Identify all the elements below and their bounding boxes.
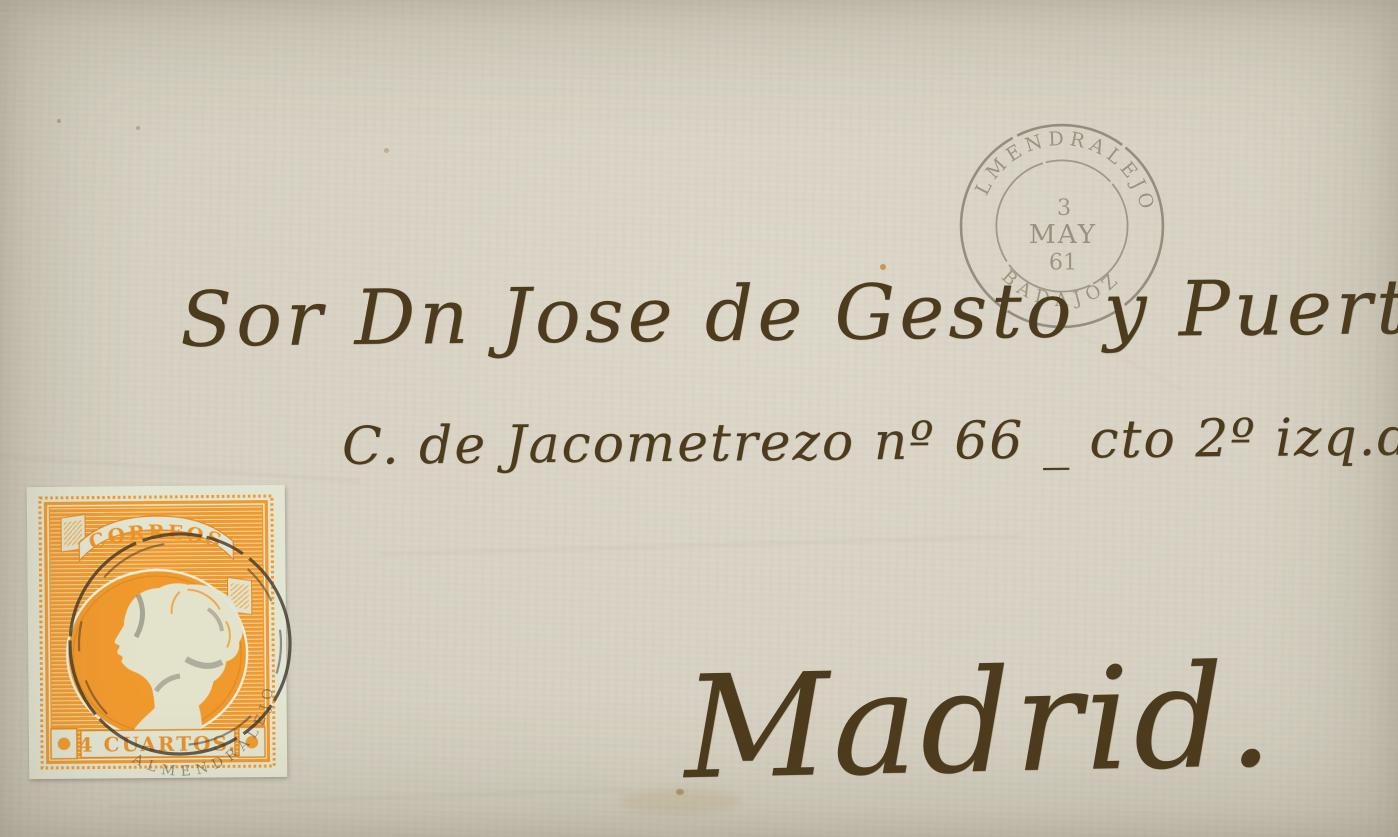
foxing-spot: [57, 119, 61, 123]
paper-crease: [0, 455, 360, 483]
address-street-line: C. de Jacometrezo nº 66 _ cto 2º izq.da: [342, 407, 1398, 477]
foxing-spot: [384, 148, 389, 153]
envelope: ALMENDRALEJO BADAJOZ 3 MAY 61 Sor Dn Jos…: [0, 0, 1398, 837]
rosette: [245, 735, 259, 749]
rosette: [57, 737, 71, 751]
postmark-month: MAY: [1029, 220, 1097, 250]
address-recipient-line: Sor Dn Jose de Gesto y Puerto.: [180, 261, 1398, 364]
paper-crease: [380, 536, 1020, 556]
postmark-day: 3: [1057, 195, 1071, 221]
paper-crease: [110, 789, 630, 809]
postage-stamp: CORREOS 4 CUARTOS.: [27, 485, 288, 779]
stamp-denomination-text: 4 CUARTOS.: [79, 731, 238, 756]
foxing-spot: [136, 126, 140, 130]
address-city-line: Madrid.: [682, 634, 1277, 811]
